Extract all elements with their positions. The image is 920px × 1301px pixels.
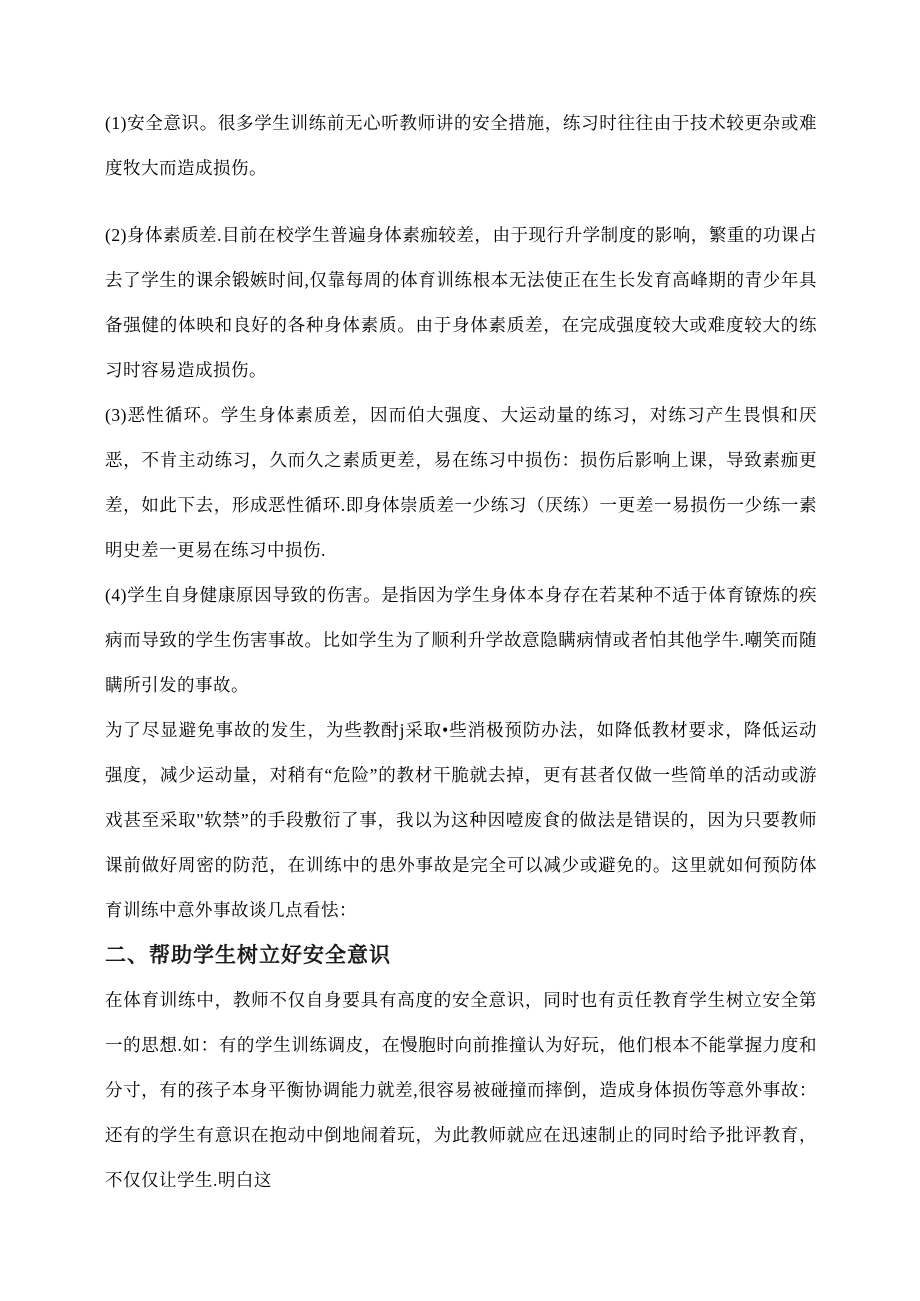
paragraph-6-teacher-education: 在体育训练中，教师不仅自身要具有高度的安全意识，同时也有贡任教育学生树立安全第一…: [105, 978, 817, 1203]
document-text-block: (1)安全意识。很多学生训练前无心听教师讲的安全措施，练习时往往由于技术较更杂或…: [105, 101, 817, 1203]
paragraph-1-safety-awareness: (1)安全意识。很多学生训练前无心听教师讲的安全措施，练习时往往由于技术较更杂或…: [105, 101, 817, 191]
section-heading-2: 二、帮助学生树立好安全意识: [105, 933, 817, 978]
paragraph-3-vicious-cycle: (3)恶性循环。学生身体素质差，因而伯大强度、大运动量的练习，对练习产生畏惧和厌…: [105, 393, 817, 573]
paragraph-5-prevention-measures: 为了尽显避免事故的发生，为些教酎j采取•些消极预防办法，如降低教材要求，降低运动…: [105, 708, 817, 933]
paragraph-4-health-injury: (4)学生自身健康原因导致的伤害。是指因为学生身体本身存在若某种不适于体育镣炼的…: [105, 573, 817, 708]
document-page: (1)安全意识。很多学生训练前无心听教师讲的安全措施，练习时往往由于技术较更杂或…: [0, 0, 920, 1301]
paragraph-2-physical-quality: (2)身体素质差.目前在校学生普遍身体素痂较差，由于现行升学制度的影响，繁重的功…: [105, 213, 817, 393]
